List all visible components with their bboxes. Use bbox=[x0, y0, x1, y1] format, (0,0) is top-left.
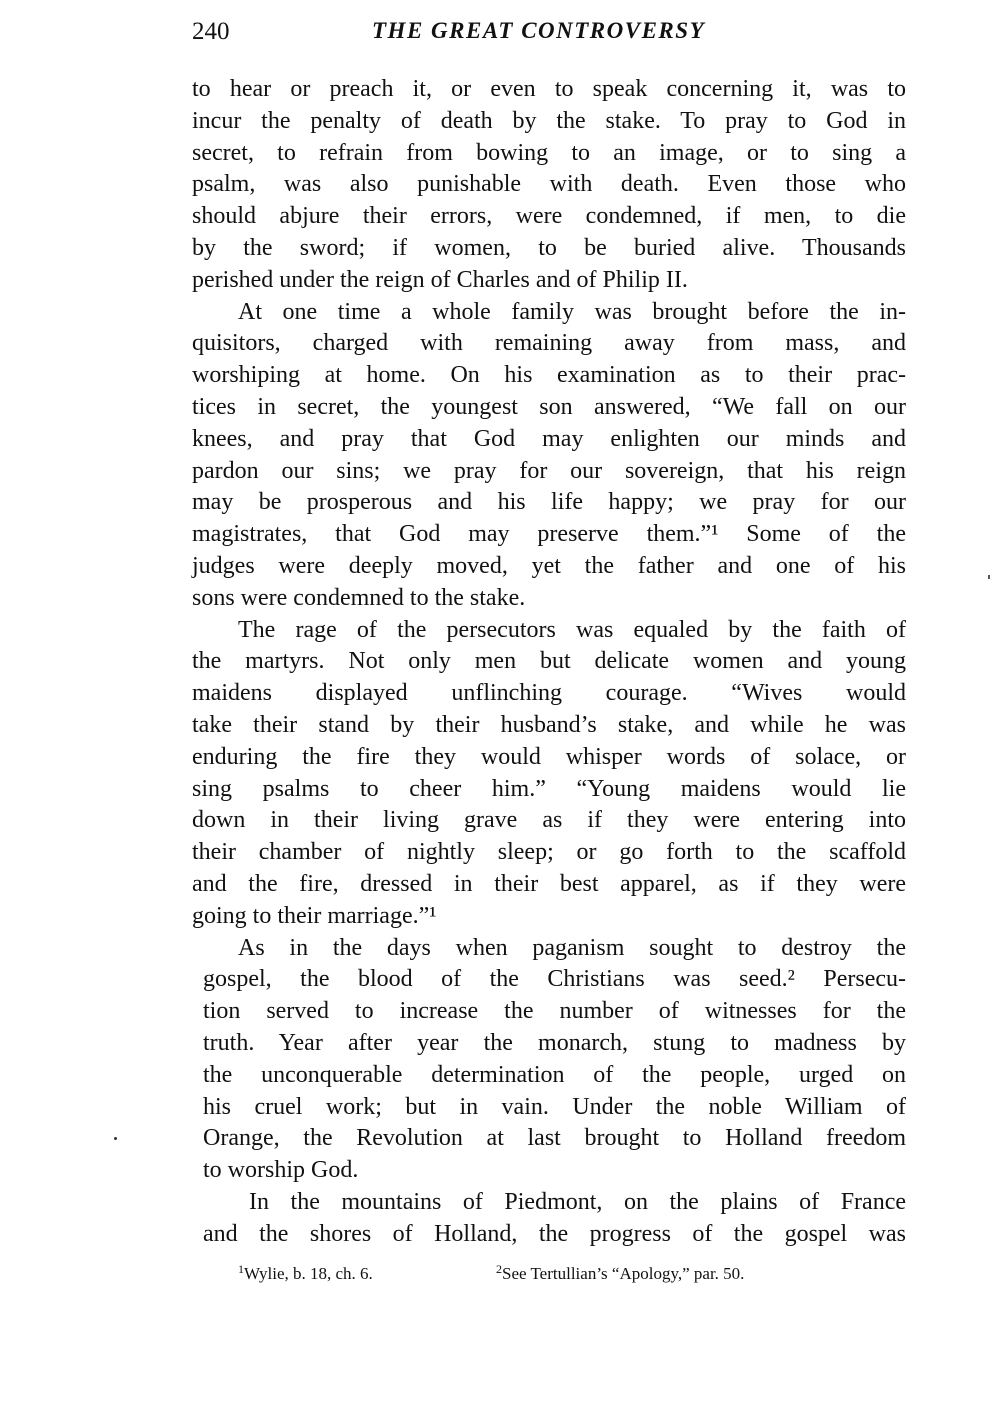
margin-speck bbox=[988, 575, 990, 579]
text-line: enduring the fire they would whisper wor… bbox=[192, 742, 906, 774]
text-line: worshiping at home. On his examination a… bbox=[192, 360, 906, 392]
text-line: their chamber of nightly sleep; or go fo… bbox=[192, 837, 906, 869]
footnote-marker: 2 bbox=[496, 1262, 502, 1276]
margin-speck bbox=[114, 1137, 117, 1140]
footnote-text: See Tertullian’s “Apology,” par. 50. bbox=[502, 1264, 744, 1283]
text-line: going to their marriage.”¹ bbox=[192, 901, 906, 933]
text-line: tices in secret, the youngest son answer… bbox=[192, 392, 906, 424]
text-line: truth. Year after year the monarch, stun… bbox=[192, 1028, 906, 1060]
text-line: Orange, the Revolution at last brought t… bbox=[192, 1123, 906, 1155]
text-line: quisitors, charged with remaining away f… bbox=[192, 328, 906, 360]
text-line: and the fire, dressed in their best appa… bbox=[192, 869, 906, 901]
paragraph: At one time a whole family was brought b… bbox=[192, 297, 906, 615]
text-line: secret, to refrain from bowing to an ima… bbox=[192, 138, 906, 170]
text-line: the martyrs. Not only men but delicate w… bbox=[192, 646, 906, 678]
running-head: 240 THE GREAT CONTROVERSY bbox=[192, 18, 912, 52]
paragraph: As in the days when paganism sought to d… bbox=[192, 933, 906, 1187]
text-line: perished under the reign of Charles and … bbox=[192, 265, 906, 297]
text-line: judges were deeply moved, yet the father… bbox=[192, 551, 906, 583]
text-line: psalm, was also punishable with death. E… bbox=[192, 169, 906, 201]
text-line: and the shores of Holland, the progress … bbox=[192, 1219, 906, 1251]
text-line: the unconquerable determination of the p… bbox=[192, 1060, 906, 1092]
text-line: The rage of the persecutors was equaled … bbox=[192, 615, 906, 647]
footnote-2: 2See Tertullian’s “Apology,” par. 50. bbox=[496, 1264, 744, 1284]
text-line: his cruel work; but in vain. Under the n… bbox=[192, 1092, 906, 1124]
book-page: 240 THE GREAT CONTROVERSY to hear or pre… bbox=[0, 0, 1000, 1413]
running-title: THE GREAT CONTROVERSY bbox=[372, 18, 705, 44]
text-line: maidens displayed unflinching courage. “… bbox=[192, 678, 906, 710]
footnote-text: Wylie, b. 18, ch. 6. bbox=[244, 1264, 373, 1283]
text-line: knees, and pray that God may enlighten o… bbox=[192, 424, 906, 456]
text-line: As in the days when paganism sought to d… bbox=[192, 933, 906, 965]
body-text: to hear or preach it, or even to speak c… bbox=[192, 74, 906, 1250]
text-line: by the sword; if women, to be buried ali… bbox=[192, 233, 906, 265]
paragraph: In the mountains of Piedmont, on the pla… bbox=[192, 1187, 906, 1251]
text-line: In the mountains of Piedmont, on the pla… bbox=[192, 1187, 906, 1219]
text-line: At one time a whole family was brought b… bbox=[192, 297, 906, 329]
text-line: to hear or preach it, or even to speak c… bbox=[192, 74, 906, 106]
footnote-1: 1Wylie, b. 18, ch. 6. bbox=[238, 1264, 373, 1284]
text-line: sons were condemned to the stake. bbox=[192, 583, 906, 615]
text-line: incur the penalty of death by the stake.… bbox=[192, 106, 906, 138]
page-number: 240 bbox=[192, 18, 230, 46]
text-line: sing psalms to cheer him.” “Young maiden… bbox=[192, 774, 906, 806]
text-line: should abjure their errors, were condemn… bbox=[192, 201, 906, 233]
paragraph: to hear or preach it, or even to speak c… bbox=[192, 74, 906, 297]
paragraph: The rage of the persecutors was equaled … bbox=[192, 615, 906, 933]
footnote-marker: 1 bbox=[238, 1262, 244, 1276]
text-line: to worship God. bbox=[192, 1155, 906, 1187]
text-line: down in their living grave as if they we… bbox=[192, 805, 906, 837]
text-line: gospel, the blood of the Christians was … bbox=[192, 964, 906, 996]
text-line: may be prosperous and his life happy; we… bbox=[192, 487, 906, 519]
text-line: pardon our sins; we pray for our soverei… bbox=[192, 456, 906, 488]
footnotes: 1Wylie, b. 18, ch. 6. 2See Tertullian’s … bbox=[238, 1264, 918, 1288]
text-line: take their stand by their husband’s stak… bbox=[192, 710, 906, 742]
text-line: magistrates, that God may preserve them.… bbox=[192, 519, 906, 551]
text-line: tion served to increase the number of wi… bbox=[192, 996, 906, 1028]
